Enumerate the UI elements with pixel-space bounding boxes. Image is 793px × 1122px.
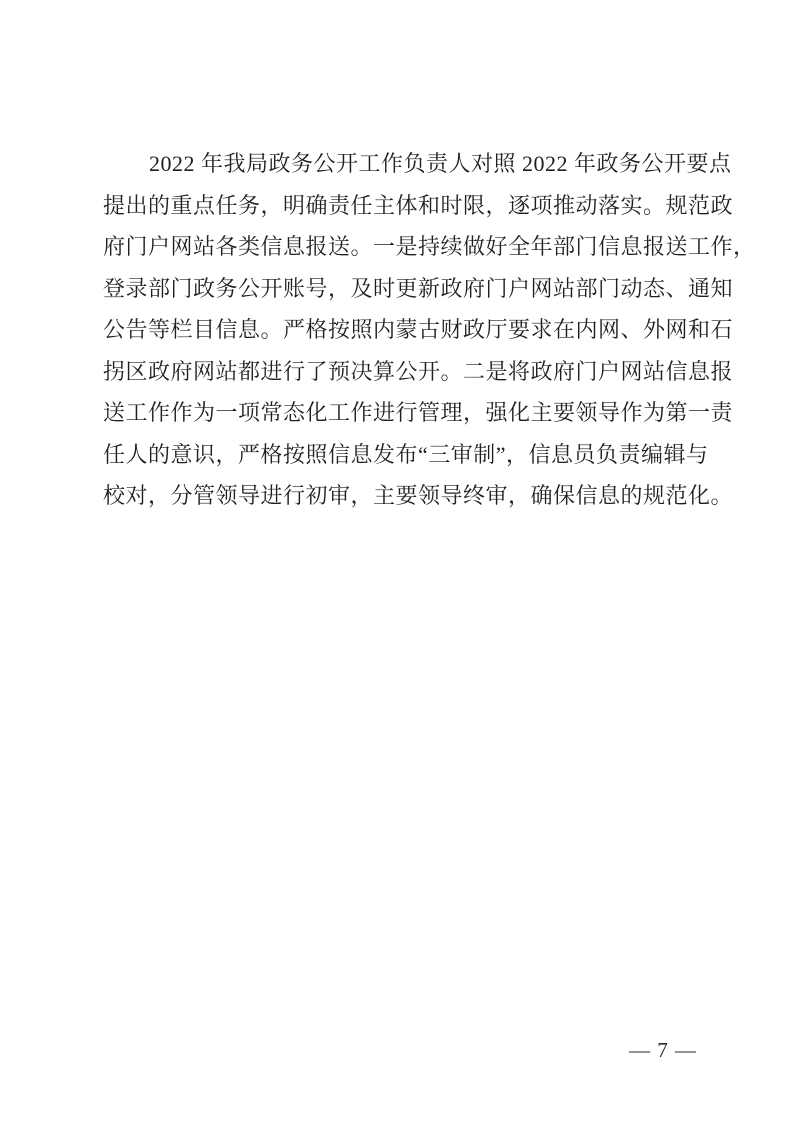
paragraph-line: 2022 年我局政务公开工作负责人对照 2022 年政务公开要点: [103, 143, 697, 185]
paragraph-line: 登录部门政务公开账号，及时更新政府门户网站部门动态、通知: [103, 268, 697, 310]
paragraph-line: 提出的重点任务，明确责任主体和时限，逐项推动落实。规范政: [103, 185, 697, 227]
page-number: — 7 —: [608, 1038, 718, 1062]
paragraph-line: 府门户网站各类信息报送。一是持续做好全年部门信息报送工作，: [103, 226, 697, 268]
body-paragraph: 2022 年我局政务公开工作负责人对照 2022 年政务公开要点 提出的重点任务…: [103, 143, 697, 517]
paragraph-line: 拐区政府网站都进行了预决算公开。二是将政府门户网站信息报: [103, 351, 697, 393]
paragraph-line: 公告等栏目信息。严格按照内蒙古财政厅要求在内网、外网和石: [103, 309, 697, 351]
document-page: 2022 年我局政务公开工作负责人对照 2022 年政务公开要点 提出的重点任务…: [0, 0, 793, 1122]
paragraph-line: 任人的意识，严格按照信息发布“三审制”，信息员负责编辑与: [103, 434, 697, 476]
paragraph-line: 送工作作为一项常态化工作进行管理，强化主要领导作为第一责: [103, 392, 697, 434]
paragraph-line: 校对，分管领导进行初审，主要领导终审，确保信息的规范化。: [103, 475, 697, 517]
